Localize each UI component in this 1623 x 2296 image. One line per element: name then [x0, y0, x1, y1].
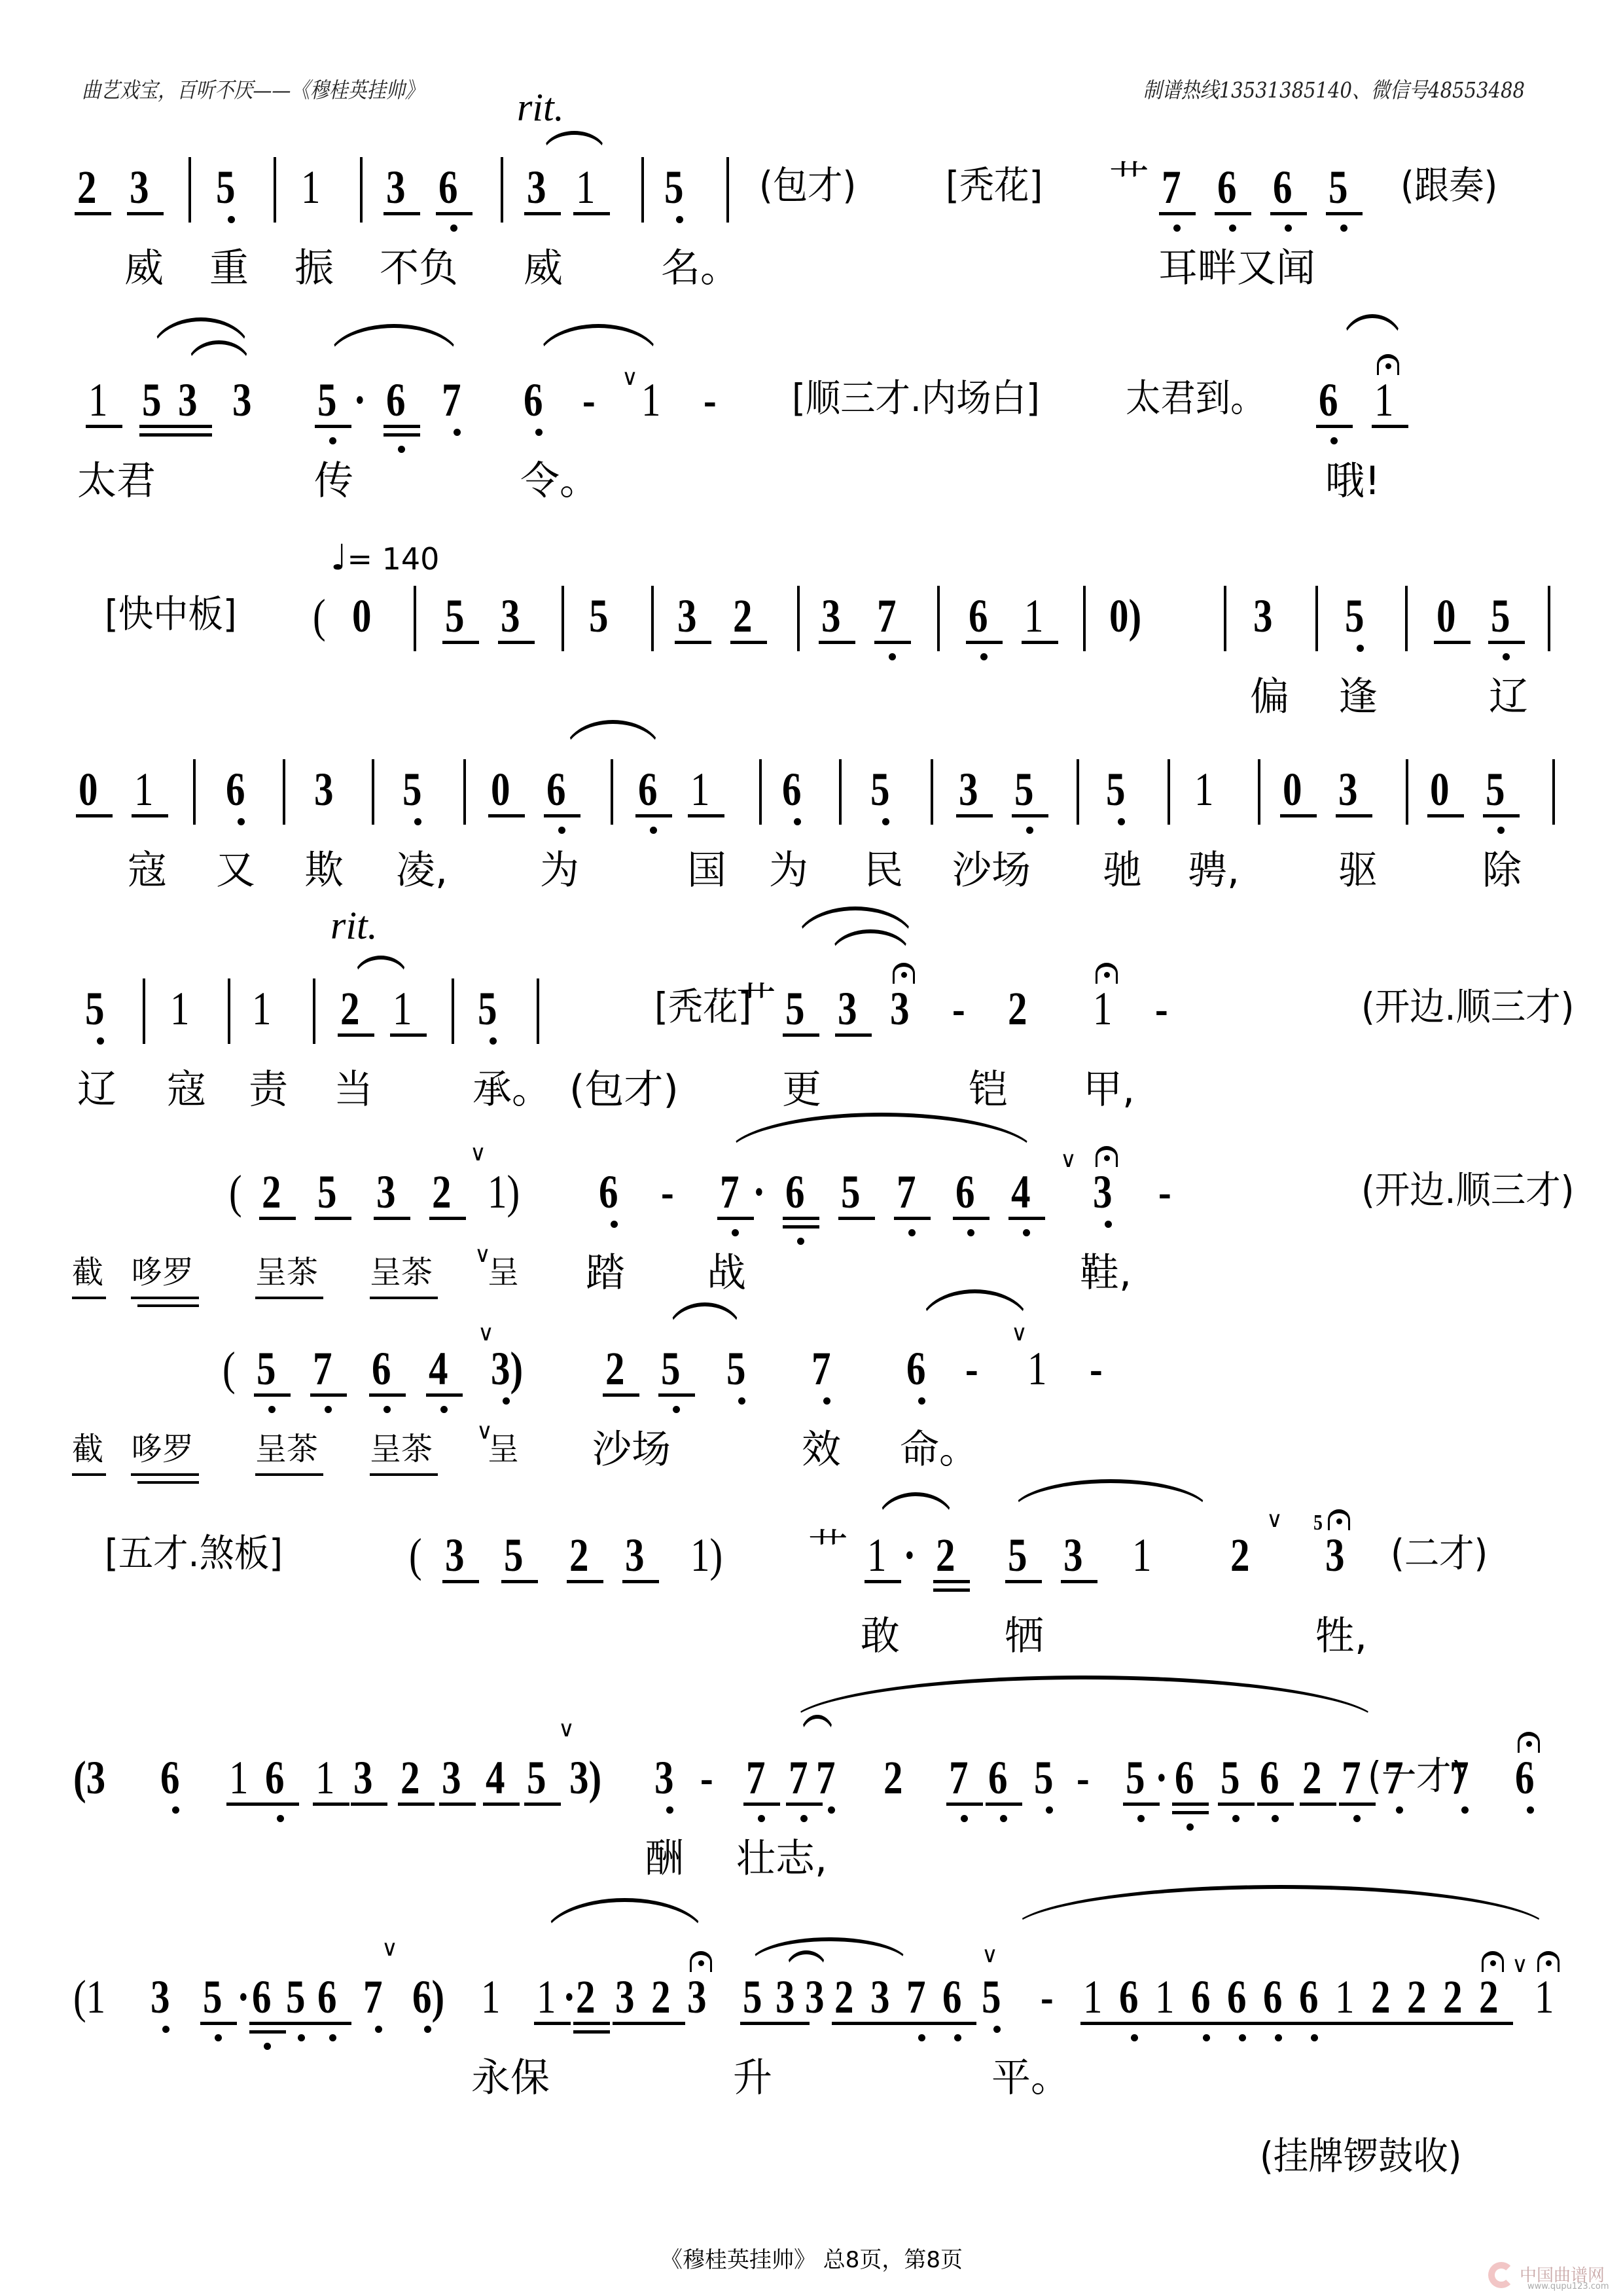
- note: 7: [313, 1345, 332, 1392]
- underline: [1218, 1803, 1255, 1806]
- barline: [1224, 586, 1226, 651]
- section-label: (开边.顺三才): [1361, 1171, 1574, 1209]
- breath-mark-icon: ∨: [1266, 1509, 1283, 1531]
- lyric: 效: [802, 1430, 841, 1469]
- dash-extension: -: [952, 985, 965, 1032]
- underline: [524, 212, 561, 215]
- octave-dot-low: [172, 1806, 179, 1814]
- note: 5: [870, 766, 890, 813]
- underline: [1008, 1217, 1045, 1220]
- note: 3: [178, 376, 198, 423]
- underline: [313, 1803, 349, 1806]
- underline: [1404, 2022, 1441, 2025]
- octave-dot-low: [673, 1406, 680, 1413]
- note: 4: [486, 1754, 505, 1801]
- note: 3: [442, 1754, 461, 1801]
- underline: [986, 1803, 1022, 1806]
- note: 1: [867, 1532, 887, 1579]
- underline: [338, 1033, 374, 1037]
- note: 7: [363, 1973, 383, 2020]
- underline: [1012, 814, 1048, 817]
- lyric: 名。: [661, 249, 740, 288]
- lyric: 命。: [900, 1430, 978, 1469]
- note: 5: [1106, 766, 1126, 813]
- note: 5: [664, 164, 684, 211]
- grace-note: 5: [1313, 1512, 1323, 1534]
- note: 6: [1175, 1754, 1194, 1801]
- note: 3: [445, 1532, 465, 1579]
- dash-extension: -: [1158, 1168, 1171, 1215]
- slur-arc: [749, 1937, 909, 1964]
- note: 2: [936, 1532, 955, 1579]
- section-label: (开边.顺三才): [1361, 988, 1574, 1026]
- note: 1: [1024, 592, 1044, 639]
- note: 6: [438, 164, 458, 211]
- underline: [398, 1803, 435, 1806]
- note: 3: [386, 164, 406, 211]
- note: (: [229, 1168, 242, 1215]
- note: 1: [690, 766, 710, 813]
- octave-dot-low: [1186, 1823, 1194, 1831]
- lyric: 为: [540, 851, 579, 890]
- note: 1: [301, 164, 321, 211]
- underline: [374, 1217, 410, 1220]
- underline: [613, 2022, 649, 2025]
- octave-dot-low: [325, 1406, 332, 1413]
- underline: [226, 1803, 263, 1806]
- score-line: (36161323453)3-7772765-5·65627776∨(一才)酬壮…: [0, 1754, 1623, 1761]
- note: 5: [1008, 1532, 1027, 1579]
- note: 5: [1126, 1754, 1145, 1801]
- section-label: [顺三才.内场白]: [792, 379, 1040, 417]
- fermata-icon: [1096, 1146, 1118, 1160]
- barline: [1168, 759, 1170, 825]
- breath-mark-icon: ∨: [558, 1718, 575, 1740]
- octave-dot-low: [1105, 1221, 1112, 1228]
- barline: [651, 586, 654, 651]
- underline: [429, 1217, 466, 1220]
- octave-dot-low: [1137, 1815, 1145, 1822]
- note: 1: [393, 985, 412, 1032]
- note: 7: [720, 1168, 740, 1215]
- section-label: 太君到。: [1126, 379, 1265, 417]
- note: 1: [537, 1973, 556, 2020]
- note: 7: [1162, 164, 1181, 211]
- note: 2: [1371, 1973, 1391, 2020]
- underline: [175, 425, 212, 428]
- free-meter-icon: 艹: [808, 1529, 848, 1572]
- note: 5: [1491, 592, 1510, 639]
- note: 1: [1155, 1973, 1175, 2020]
- note: 1): [488, 1168, 520, 1215]
- barline: [562, 586, 564, 651]
- underline: [383, 212, 420, 215]
- breath-mark-icon: ∨: [474, 1244, 491, 1266]
- section-label: [五才.煞板]: [105, 1534, 283, 1572]
- note: 6: [782, 766, 802, 813]
- slur-arc: [327, 324, 461, 361]
- note: 1: [576, 164, 596, 211]
- note: 7: [949, 1754, 969, 1801]
- note: 2: [1230, 1532, 1250, 1579]
- lyric: 太君: [77, 461, 156, 501]
- underline: [1152, 2022, 1189, 2025]
- note: 6): [412, 1973, 444, 2020]
- underline: [1022, 641, 1058, 644]
- lyric: 逢: [1338, 677, 1378, 717]
- note: 5: [743, 1973, 762, 2020]
- section-label: (一才): [1368, 1757, 1465, 1795]
- note: 5: [203, 1973, 223, 2020]
- underline: [1296, 2022, 1333, 2025]
- section-label: [秃花]: [654, 988, 751, 1026]
- octave-dot-low: [215, 2034, 222, 2041]
- underline: [1061, 1580, 1097, 1583]
- note: 4: [1011, 1168, 1031, 1215]
- note: 5: [478, 985, 497, 1032]
- underline: [1483, 814, 1520, 817]
- note: 2: [401, 1754, 420, 1801]
- note: 1): [690, 1532, 722, 1579]
- note: ·: [353, 376, 366, 423]
- dash-extension: -: [1041, 1973, 1054, 2020]
- octave-dot-low: [375, 2026, 382, 2033]
- note: 5: [1034, 1754, 1054, 1801]
- underline: [717, 1217, 754, 1220]
- underline: [315, 1217, 351, 1220]
- underline: [175, 433, 212, 437]
- octave-dot-low: [298, 2034, 305, 2041]
- underline: [524, 1803, 561, 1806]
- breath-mark-icon: ∨: [982, 1944, 998, 1966]
- note: 6: [955, 1168, 975, 1215]
- underline: [544, 814, 580, 817]
- underline: [573, 212, 610, 215]
- score-line: (25321)6-7·657643-∨∨(开边.顺三才)踏战鞋,截哆罗呈茶呈茶呈…: [0, 1168, 1623, 1175]
- lyric: 牺: [1005, 1617, 1044, 1656]
- barline: [1548, 586, 1550, 651]
- underline: [1224, 2022, 1261, 2025]
- note: 1: [1374, 376, 1394, 423]
- underline: [573, 2030, 610, 2034]
- percussion-syllable: 截: [72, 1433, 103, 1465]
- octave-dot-low: [268, 1406, 276, 1413]
- lyric: 战: [707, 1253, 746, 1293]
- score-line: 2351363157665艹(包才)[秃花](跟奏)威重振不负威名。耳畔又闻ri…: [0, 164, 1623, 170]
- underline: [483, 1803, 520, 1806]
- underline: [933, 1580, 970, 1583]
- note: ·: [1155, 1754, 1168, 1801]
- underline: [649, 2022, 685, 2025]
- barline: [937, 586, 940, 651]
- underline: [783, 1217, 819, 1220]
- underline: [1326, 212, 1363, 215]
- note: 1: [481, 1973, 501, 2020]
- note: 0): [1109, 592, 1141, 639]
- note: 6: [599, 1168, 618, 1215]
- barline: [414, 586, 416, 651]
- note: 5: [1329, 164, 1348, 211]
- note: 2: [733, 592, 753, 639]
- note: 1: [1535, 1973, 1554, 2020]
- lyric: 更: [782, 1070, 821, 1109]
- section-label: (包才): [759, 166, 856, 204]
- breath-mark-icon: ∨: [1011, 1322, 1027, 1344]
- underline: [868, 2022, 904, 2025]
- underline: [1116, 2022, 1153, 2025]
- barline: [313, 978, 315, 1044]
- octave-dot-low: [1000, 1815, 1007, 1822]
- note: 6: [265, 1754, 285, 1801]
- underline: [953, 1217, 990, 1220]
- underline: [1270, 212, 1307, 215]
- note: 5: [85, 985, 105, 1032]
- underline: [835, 1033, 872, 1037]
- octave-dot-low: [503, 1397, 510, 1405]
- underline: [315, 2022, 351, 2025]
- note: 0: [1283, 766, 1302, 813]
- octave-dot-low: [1232, 1815, 1240, 1822]
- underline: [310, 1393, 347, 1397]
- underline: [865, 1580, 901, 1583]
- underline: [832, 2022, 868, 2025]
- slur-arc: [877, 1492, 955, 1522]
- barline: [1552, 759, 1555, 825]
- note: 6: [969, 592, 988, 639]
- note: 0: [1430, 766, 1450, 813]
- barline: [452, 978, 454, 1044]
- note: 5: [589, 592, 609, 639]
- rit-marking: rit.: [517, 85, 564, 130]
- dash-extension: -: [1090, 1345, 1103, 1392]
- note: 5: [1221, 1754, 1240, 1801]
- note: 0: [491, 766, 510, 813]
- note: 3: [805, 1973, 825, 2020]
- octave-dot-low: [228, 216, 235, 223]
- note: 6: [785, 1168, 805, 1215]
- octave-dot-low: [918, 2034, 925, 2041]
- octave-dot-low: [823, 1397, 830, 1405]
- underline: [1339, 1803, 1376, 1806]
- note: 4: [429, 1345, 448, 1392]
- slur-arc: [1011, 1479, 1210, 1513]
- lyric: 欺: [304, 851, 344, 890]
- underline: [1300, 1803, 1336, 1806]
- underline: [127, 212, 164, 215]
- octave-dot-low: [414, 818, 421, 825]
- percussion-syllable: 呈茶: [370, 1257, 433, 1288]
- note: 6: [638, 766, 658, 813]
- note: 2: [651, 1973, 671, 2020]
- octave-dot-low: [490, 1037, 497, 1045]
- lyric: 辽: [77, 1070, 116, 1109]
- octave-dot-low: [450, 224, 457, 232]
- octave-dot-low: [738, 1397, 745, 1405]
- barline: [463, 759, 466, 825]
- note: 6: [372, 1345, 391, 1392]
- fermata-icon: [1482, 1951, 1504, 1965]
- note: 3: [314, 766, 334, 813]
- barline: [1405, 586, 1408, 651]
- note: 6: [1191, 1973, 1211, 2020]
- barline: [1258, 759, 1260, 825]
- underline: [1368, 2022, 1405, 2025]
- underline: [773, 2022, 810, 2025]
- underline: [259, 1217, 296, 1220]
- note: 3: [1338, 766, 1358, 813]
- slur-arc: [1342, 314, 1403, 344]
- underline: [132, 814, 168, 817]
- note: 1: [134, 766, 154, 813]
- note: 1: [1093, 985, 1113, 1032]
- underline: [439, 1803, 476, 1806]
- dash-extension: -: [1077, 1754, 1090, 1801]
- underline: [370, 1297, 438, 1299]
- octave-dot-low: [1285, 224, 1292, 232]
- octave-dot-low: [1527, 1806, 1534, 1814]
- lyric: 鞋,: [1080, 1253, 1132, 1293]
- octave-dot-low: [162, 2026, 169, 2033]
- octave-dot-low: [1353, 1815, 1361, 1822]
- lyric: 永保: [471, 2058, 550, 2098]
- note: 6: [252, 1973, 272, 2020]
- note: 3: [677, 592, 697, 639]
- octave-dot-low: [1272, 1815, 1279, 1822]
- underline: [254, 1393, 291, 1397]
- barline: [1315, 586, 1318, 651]
- underline: [1332, 2022, 1369, 2025]
- underline: [255, 1297, 323, 1299]
- breath-mark-icon: ∨: [478, 1322, 494, 1344]
- note: 5: [527, 1754, 546, 1801]
- underline: [131, 1297, 199, 1299]
- dash-extension: -: [965, 1345, 978, 1392]
- octave-dot-low: [1330, 437, 1338, 444]
- lyric: 壮志,: [736, 1839, 827, 1878]
- note: 3: [232, 376, 252, 423]
- note: 7: [746, 1754, 766, 1801]
- watermark-url: www.qupu123.com: [1527, 2282, 1609, 2291]
- underline: [137, 1304, 199, 1307]
- underline: [262, 1803, 299, 1806]
- lyric: 又: [216, 851, 255, 890]
- note: 2: [262, 1168, 281, 1215]
- note: 0: [352, 592, 372, 639]
- note: 5: [504, 1532, 524, 1579]
- underline: [819, 641, 855, 644]
- note: 3: [527, 164, 546, 211]
- underline: [730, 641, 767, 644]
- note: 0: [79, 766, 98, 813]
- lyric: 升: [733, 2058, 772, 2098]
- octave-dot-low: [329, 2034, 336, 2041]
- note: 3: [838, 985, 857, 1032]
- underline: [76, 814, 113, 817]
- note: 6: [906, 1345, 926, 1392]
- note: 3): [569, 1754, 601, 1801]
- barline: [228, 978, 230, 1044]
- underline: [1440, 2022, 1477, 2025]
- note: 7: [811, 1345, 831, 1392]
- score-line: (57643)25576-1-∨∨沙场效命。截哆罗呈茶呈茶呈∨: [0, 1345, 1623, 1352]
- note: 3: [376, 1168, 396, 1215]
- underline: [1188, 2022, 1225, 2025]
- note: 5: [1486, 766, 1505, 813]
- note: (: [313, 592, 326, 639]
- breath-mark-icon: ∨: [476, 1420, 493, 1443]
- underline: [1488, 641, 1525, 644]
- note: 6: [546, 766, 566, 813]
- note: 6: [1119, 1973, 1139, 2020]
- barline: [1406, 759, 1408, 825]
- underline: [249, 2022, 286, 2025]
- underline: [894, 1217, 931, 1220]
- note: 5: [785, 985, 805, 1032]
- underline: [743, 1803, 780, 1806]
- underline: [838, 1217, 875, 1220]
- underline: [1172, 1803, 1209, 1806]
- lyric: 哦!: [1325, 461, 1380, 501]
- octave-dot-low: [650, 827, 657, 834]
- watermark-logo-icon: [1488, 2262, 1514, 2288]
- percussion-syllable: 截: [72, 1257, 103, 1288]
- underline: [137, 1481, 199, 1484]
- octave-dot-low: [440, 1406, 448, 1413]
- octave-dot-low: [794, 818, 801, 825]
- free-meter-icon: 艹: [1109, 161, 1149, 204]
- note: 5: [1345, 592, 1364, 639]
- underline: [86, 425, 122, 428]
- dash-extension: -: [700, 1754, 713, 1801]
- note: 6: [1260, 1754, 1279, 1801]
- note: 6: [160, 1754, 180, 1801]
- quarter-note-icon: ♩: [330, 537, 347, 578]
- note: 1: [229, 1754, 249, 1801]
- note: 2: [1479, 1973, 1499, 2020]
- note: 6: [1227, 1973, 1247, 2020]
- underline: [442, 641, 479, 644]
- octave-dot-low: [1497, 827, 1505, 834]
- slur-arc: [789, 1676, 1380, 1725]
- barline: [1083, 586, 1086, 651]
- note: 5: [661, 1345, 681, 1392]
- note: 5: [216, 164, 236, 211]
- note: 2: [834, 1973, 854, 2020]
- note: 3): [491, 1345, 523, 1392]
- octave-dot-low: [889, 653, 896, 660]
- lyric: 重: [209, 249, 249, 288]
- note: 5: [982, 1973, 1001, 2020]
- lyric: 骋,: [1188, 851, 1240, 890]
- note: 6: [1263, 1973, 1283, 2020]
- octave-dot-low: [1046, 1806, 1053, 1814]
- note: 7: [897, 1168, 916, 1215]
- rit-marking: rit.: [330, 903, 378, 948]
- note: 1: [315, 1754, 335, 1801]
- page-header-left: 曲艺戏宝，百听不厌——《穆桂英挂帅》: [82, 73, 424, 104]
- lyric: 驱: [1338, 851, 1378, 890]
- note: 2: [77, 164, 97, 211]
- octave-dot-low: [1203, 2034, 1210, 2041]
- underline: [940, 2022, 976, 2025]
- octave-dot-low: [828, 1806, 835, 1814]
- underline: [390, 1033, 427, 1037]
- octave-dot-low: [329, 437, 336, 444]
- underline: [383, 433, 420, 437]
- lyric: 国: [687, 851, 726, 890]
- note: 3: [654, 1754, 674, 1801]
- barline: [274, 157, 276, 223]
